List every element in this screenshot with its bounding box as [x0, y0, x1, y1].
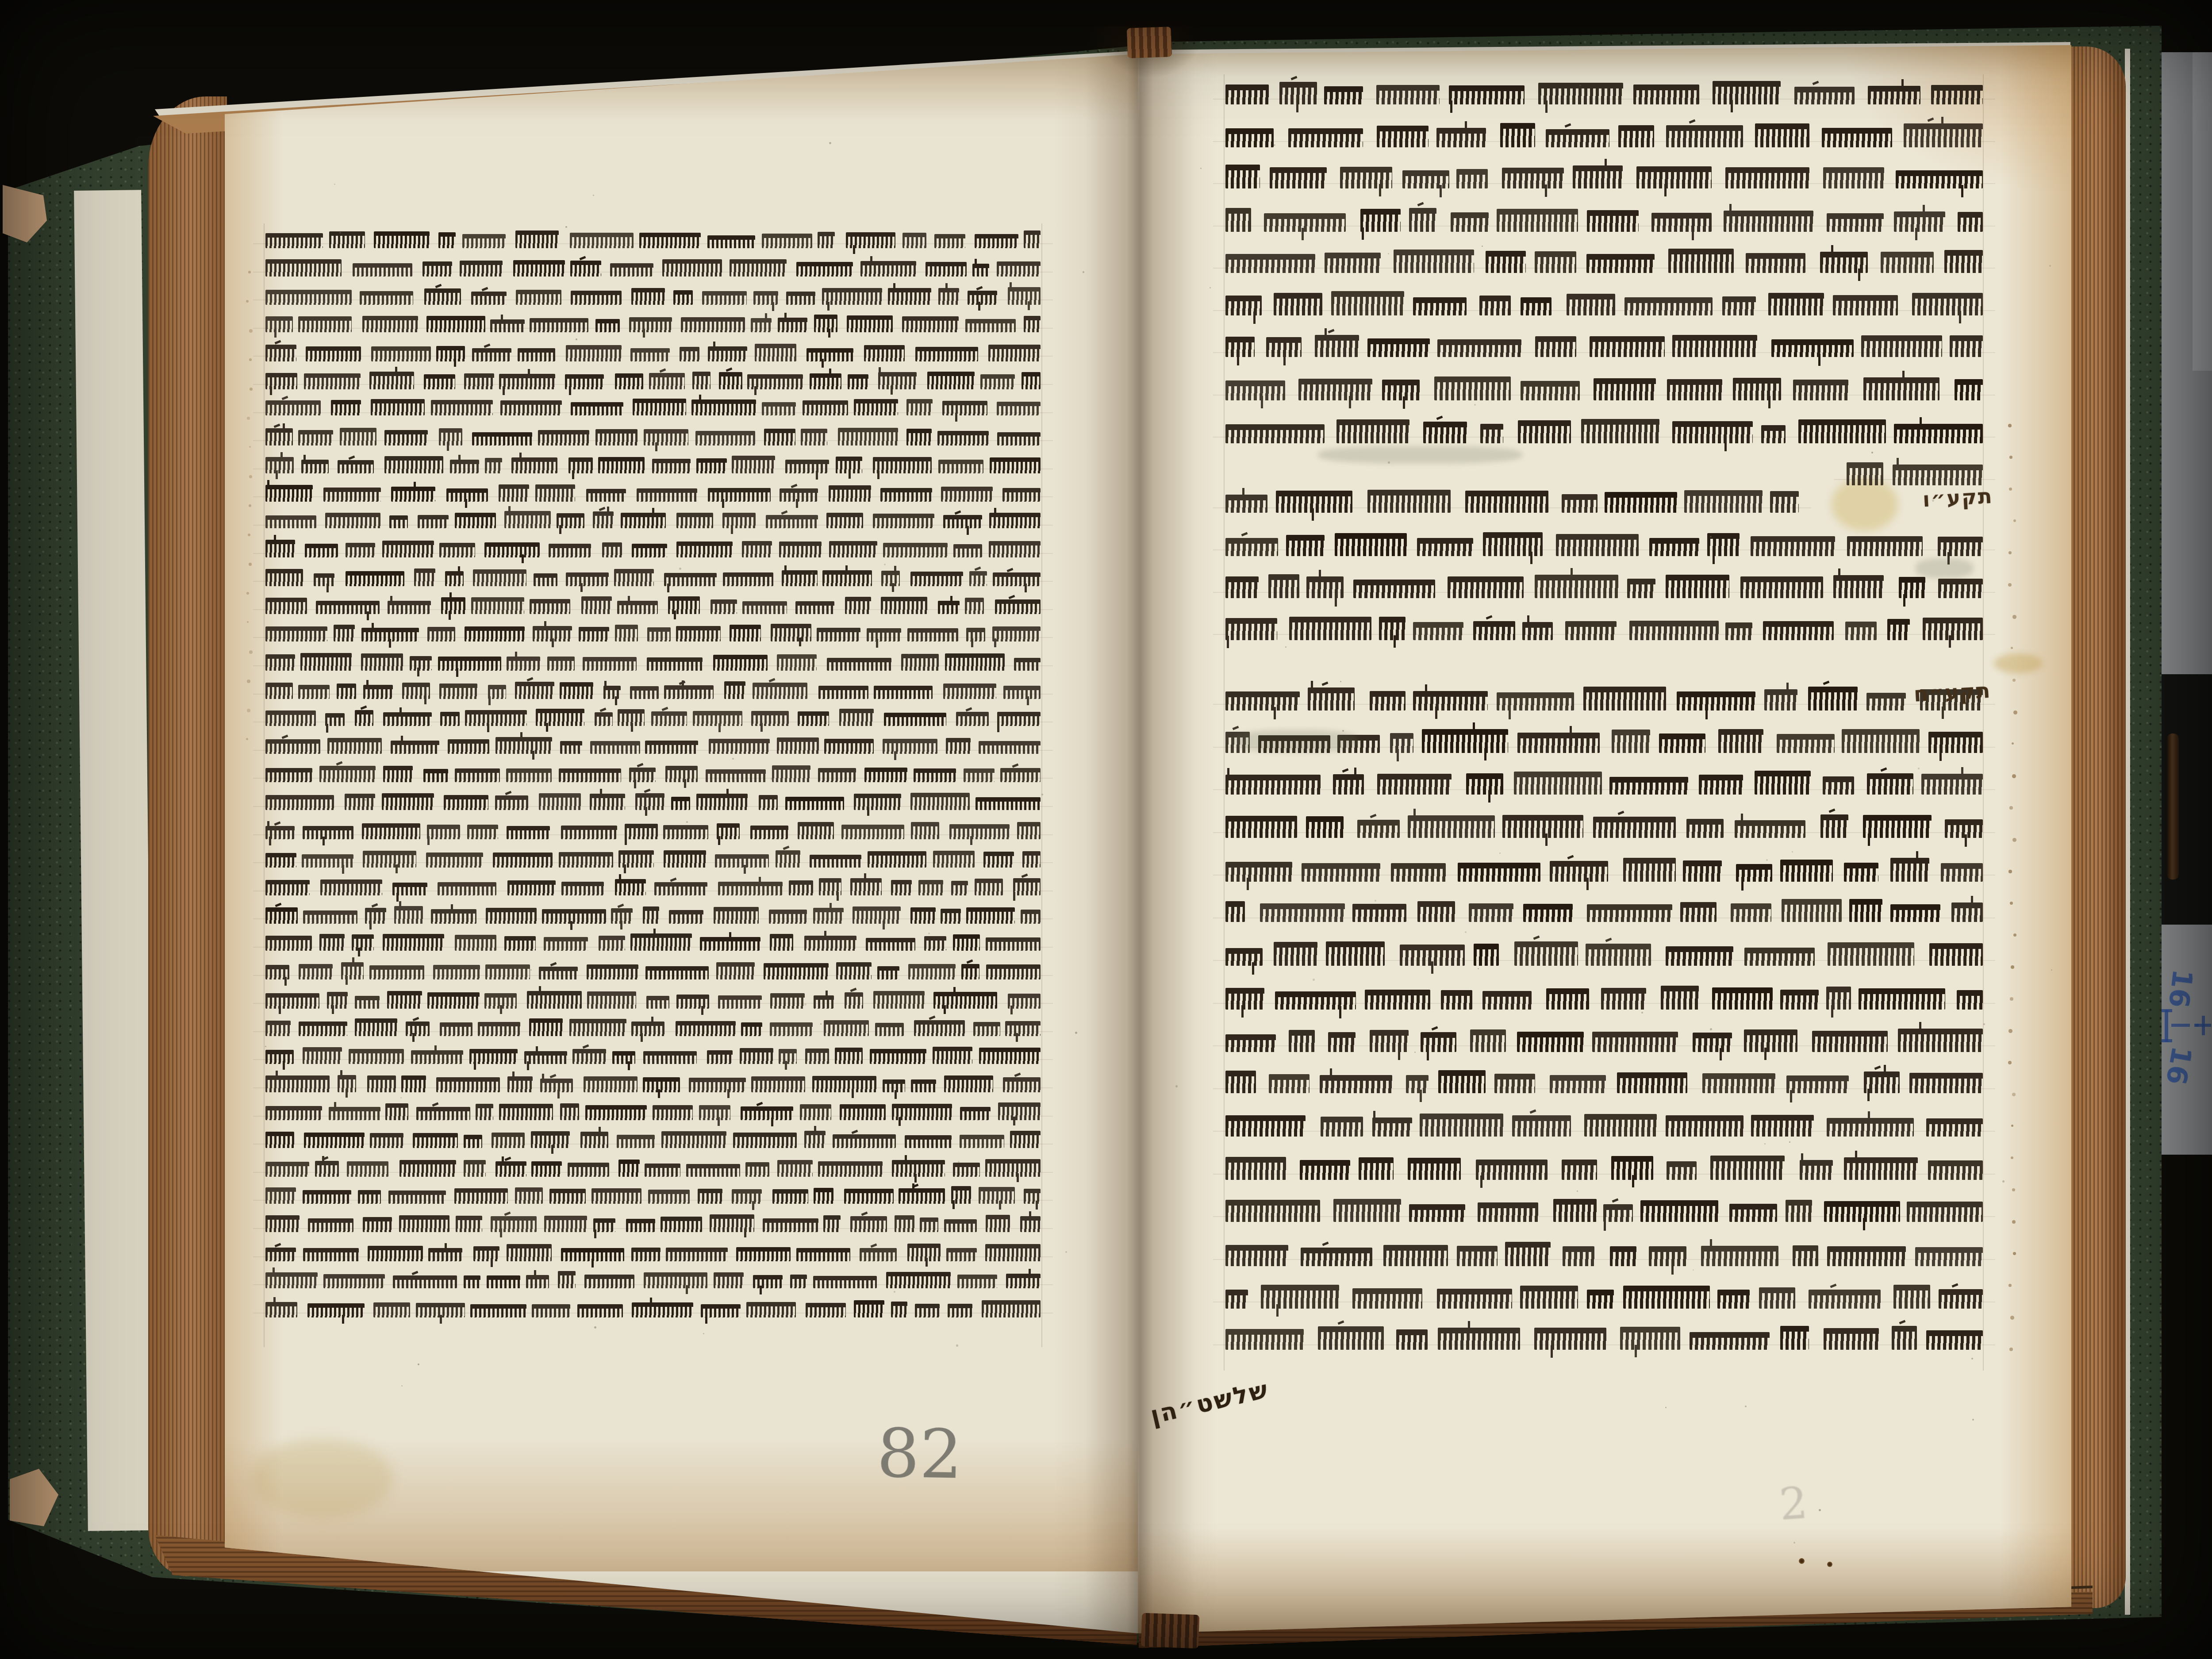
script-word	[854, 794, 901, 810]
script-word	[1289, 1030, 1315, 1052]
ascender-stroke	[864, 873, 866, 880]
script-word	[1894, 424, 1983, 443]
left-page-text-line	[265, 905, 1041, 922]
script-word	[1881, 252, 1934, 273]
script-word	[732, 456, 775, 473]
descender-stroke	[877, 470, 879, 479]
script-word	[1225, 576, 1259, 599]
parchment-speck	[529, 296, 531, 297]
gershayim-mark	[955, 510, 961, 515]
parchment-speck	[400, 1097, 402, 1098]
script-word	[470, 1304, 527, 1317]
script-word	[817, 628, 860, 641]
parchment-speck	[1340, 681, 1341, 682]
script-word	[1335, 533, 1407, 556]
right-paragraph1-tail-line	[1847, 461, 1983, 484]
ascender-stroke	[273, 1297, 276, 1304]
script-word	[532, 1304, 571, 1317]
descender-stroke	[744, 865, 746, 874]
script-word	[1904, 123, 1983, 147]
script-word	[1517, 1032, 1584, 1052]
ascender-stroke	[1605, 159, 1607, 168]
script-word	[689, 1078, 745, 1092]
gershayim-mark	[505, 791, 511, 795]
parchment-speck	[1745, 1406, 1747, 1407]
script-word	[822, 570, 872, 586]
script-word	[329, 231, 365, 248]
script-word	[374, 231, 430, 248]
script-word	[988, 345, 1041, 361]
script-word	[518, 348, 555, 361]
descender-stroke	[572, 470, 574, 479]
ascender-stroke	[458, 455, 461, 461]
left-page-text-line	[265, 483, 1041, 499]
left-page-text-line	[265, 286, 1041, 303]
script-word	[997, 402, 1041, 415]
gershayim-mark	[1533, 936, 1540, 940]
script-word	[814, 315, 838, 332]
descender-stroke	[634, 780, 636, 788]
script-word	[980, 374, 1015, 389]
script-word	[1896, 170, 1983, 189]
script-word	[361, 628, 419, 641]
ascender-stroke	[519, 453, 522, 459]
script-word	[1629, 621, 1718, 640]
script-word	[1417, 901, 1455, 922]
script-word	[1717, 1290, 1750, 1309]
ascender-stroke	[713, 342, 715, 348]
script-word	[571, 291, 622, 305]
script-word	[1457, 1246, 1498, 1266]
script-word	[530, 318, 588, 332]
script-word	[946, 1248, 977, 1261]
script-word	[424, 374, 455, 389]
script-word	[346, 543, 375, 557]
script-word	[265, 233, 323, 248]
script-word	[1820, 252, 1868, 273]
script-word	[1367, 490, 1451, 513]
script-word	[1352, 1288, 1422, 1309]
script-word	[718, 995, 761, 1008]
descender-stroke	[1261, 396, 1263, 408]
script-word	[373, 1302, 410, 1317]
script-word	[676, 626, 721, 641]
script-word	[533, 626, 572, 641]
script-word	[352, 934, 374, 951]
parchment-speck	[388, 1003, 390, 1005]
left-page-text-line	[265, 1130, 1041, 1147]
parchment-speck	[1239, 1120, 1241, 1121]
script-word	[526, 1275, 549, 1288]
gershayim-mark	[1564, 123, 1571, 127]
descender-stroke	[1509, 707, 1511, 719]
script-word	[307, 1303, 365, 1317]
script-word	[910, 572, 964, 586]
descender-stroke	[1227, 636, 1229, 648]
script-word	[810, 373, 842, 389]
descender-stroke	[1939, 749, 1942, 761]
descender-stroke	[274, 329, 276, 338]
script-word	[653, 1105, 693, 1120]
pencil-folio-number-left: 82	[876, 1414, 963, 1494]
gershayim-mark	[484, 343, 491, 348]
descender-stroke	[551, 1145, 553, 1154]
script-word	[320, 879, 382, 895]
ascender-stroke	[784, 313, 787, 319]
script-word	[1755, 123, 1809, 147]
parchment-speck	[649, 640, 651, 642]
script-word	[1893, 465, 1983, 486]
script-word	[469, 1049, 517, 1064]
script-word	[779, 541, 822, 557]
script-word	[1573, 165, 1623, 188]
pricking-dot	[2013, 1252, 2016, 1255]
descender-stroke	[1398, 1048, 1400, 1060]
script-word	[1735, 820, 1805, 838]
script-word	[1892, 1326, 1917, 1350]
gershayim-mark	[861, 1211, 868, 1216]
descender-stroke	[999, 1201, 1001, 1210]
script-word	[1473, 621, 1515, 640]
ascender-stroke	[445, 1243, 447, 1250]
script-word	[1225, 691, 1300, 711]
script-word	[1266, 337, 1302, 357]
script-word	[1383, 1245, 1448, 1266]
parchment-speck	[1414, 1052, 1416, 1053]
ascender-stroke	[458, 566, 460, 573]
script-word	[539, 793, 581, 810]
script-word	[707, 235, 755, 248]
pricking-dot	[2012, 1220, 2016, 1224]
script-word	[964, 768, 995, 782]
script-word	[1438, 1328, 1520, 1349]
script-word	[643, 1051, 697, 1064]
script-word	[1225, 1034, 1276, 1052]
script-word	[818, 686, 868, 699]
script-word	[362, 316, 418, 332]
script-word	[1535, 575, 1619, 598]
script-word	[1324, 86, 1363, 104]
script-word	[1377, 774, 1452, 795]
descender-stroke	[1435, 707, 1437, 719]
script-word	[1928, 732, 1983, 753]
gershayim-mark	[1529, 1110, 1536, 1114]
script-word	[1225, 208, 1251, 232]
right-paragraph1-line	[1225, 165, 1983, 188]
script-word	[860, 1248, 897, 1261]
script-word	[360, 291, 414, 305]
script-word	[460, 261, 503, 277]
parchment-speck	[1285, 646, 1286, 648]
script-word	[1683, 860, 1722, 882]
script-word	[1436, 128, 1486, 147]
ascender-stroke	[515, 652, 517, 658]
script-word	[1680, 902, 1717, 922]
ascender-stroke	[814, 1126, 816, 1133]
script-word	[338, 460, 374, 473]
script-word	[615, 879, 646, 895]
script-word	[899, 1188, 945, 1204]
descender-stroke	[722, 499, 724, 508]
script-word	[814, 1188, 833, 1204]
ascender-stroke	[829, 369, 831, 375]
ascender-stroke	[528, 369, 530, 376]
script-word	[818, 1161, 882, 1177]
script-word	[478, 1022, 520, 1036]
script-word	[438, 657, 501, 671]
script-word	[736, 1247, 791, 1261]
script-word	[695, 431, 756, 445]
script-word	[329, 1107, 380, 1120]
script-word	[985, 1244, 1041, 1261]
descender-stroke	[1013, 892, 1015, 901]
ascender-stroke	[870, 256, 872, 263]
parchment-speck	[541, 236, 543, 238]
script-word	[750, 826, 788, 839]
script-word	[448, 739, 490, 754]
script-word	[1469, 903, 1513, 922]
script-word	[1938, 537, 1983, 556]
ascender-stroke	[784, 565, 787, 572]
script-word	[707, 1050, 733, 1064]
script-word	[1423, 422, 1467, 443]
script-word	[1409, 208, 1437, 232]
script-word	[902, 316, 959, 332]
descender-stroke	[955, 413, 957, 422]
script-word	[427, 627, 455, 641]
script-word	[1808, 687, 1858, 710]
script-word	[1301, 1248, 1372, 1266]
pricking-dot	[2011, 965, 2014, 969]
script-word	[846, 232, 895, 248]
script-word	[331, 400, 361, 415]
script-word	[708, 346, 747, 361]
gershayim-mark	[432, 1102, 439, 1107]
script-word	[426, 316, 485, 332]
script-word	[785, 797, 844, 810]
ascender-stroke	[652, 508, 654, 515]
descender-stroke	[488, 696, 491, 705]
gershayim-mark	[275, 902, 282, 907]
script-word	[265, 739, 320, 754]
script-word	[906, 429, 932, 445]
script-word	[1535, 336, 1576, 357]
descender-stroke	[760, 723, 763, 732]
left-page-text-line	[265, 962, 1041, 978]
script-word	[355, 710, 373, 726]
script-word	[487, 1275, 520, 1288]
script-word	[779, 1049, 797, 1064]
script-word	[1907, 1202, 1983, 1222]
script-word	[1898, 1029, 1983, 1052]
gershayim-mark	[966, 707, 972, 712]
script-word	[1438, 1070, 1486, 1093]
script-word	[1225, 538, 1278, 556]
script-word	[439, 684, 477, 699]
descender-stroke	[417, 668, 419, 676]
script-word	[639, 233, 701, 248]
descender-stroke	[342, 1315, 344, 1324]
descender-stroke	[552, 638, 554, 647]
script-word	[1740, 576, 1823, 598]
script-word	[957, 1275, 997, 1289]
parchment-speck	[1065, 1251, 1067, 1253]
descender-stroke	[620, 921, 622, 929]
script-word	[969, 571, 987, 586]
script-word	[265, 485, 313, 501]
left-page-text-line	[265, 652, 1041, 668]
script-word	[370, 1133, 403, 1148]
script-word	[631, 1248, 661, 1261]
script-word	[886, 1272, 951, 1288]
left-page-text-line	[265, 399, 1041, 415]
gershayim-mark	[580, 256, 586, 261]
ascender-stroke	[1710, 1239, 1712, 1248]
script-word	[416, 1303, 465, 1318]
left-page-text-line	[265, 821, 1041, 837]
script-word	[666, 1248, 728, 1261]
script-word	[1546, 988, 1589, 1010]
script-word	[1225, 254, 1315, 273]
ascender-stroke	[502, 1156, 504, 1163]
script-word	[836, 962, 872, 979]
script-word	[1929, 943, 1983, 966]
parchment-speck	[732, 758, 734, 760]
gershayim-mark	[1617, 811, 1624, 815]
script-word	[992, 626, 1041, 641]
script-word	[1823, 167, 1884, 188]
script-word	[1514, 772, 1602, 795]
script-word	[1360, 209, 1401, 232]
script-word	[529, 1018, 563, 1036]
left-page-text-line	[265, 680, 1041, 697]
parchment-speck	[1388, 461, 1390, 464]
script-word	[1842, 729, 1920, 753]
descender-stroke	[1831, 1005, 1833, 1018]
descender-stroke	[760, 1286, 762, 1294]
parchment-speck	[1499, 853, 1501, 854]
script-word	[265, 1021, 290, 1036]
script-word	[647, 627, 671, 641]
script-word	[1331, 291, 1404, 315]
script-word	[614, 569, 654, 586]
script-word	[621, 513, 666, 528]
script-word	[1437, 339, 1521, 357]
parchment-speck	[804, 1003, 806, 1006]
script-word	[531, 1131, 570, 1148]
script-word	[706, 769, 766, 782]
script-word	[945, 653, 1005, 671]
script-word	[895, 1215, 914, 1232]
descender-stroke	[1764, 1048, 1767, 1060]
script-word	[1861, 335, 1942, 357]
script-word	[741, 1106, 793, 1120]
script-word	[778, 318, 807, 332]
gershayim-mark	[1612, 1198, 1619, 1203]
script-word	[568, 1163, 610, 1177]
script-word	[493, 853, 553, 868]
script-word	[906, 399, 933, 415]
script-word	[1275, 991, 1356, 1010]
pricking-dot	[2008, 583, 2012, 587]
pricking-dot	[247, 417, 250, 420]
script-word	[488, 685, 506, 699]
script-word	[835, 1048, 863, 1064]
parchment-speck	[1971, 1358, 1973, 1359]
script-word	[384, 456, 443, 473]
parchment-speck	[1918, 768, 1920, 769]
script-word	[406, 1022, 430, 1036]
script-word	[583, 657, 637, 671]
script-word	[770, 934, 793, 951]
script-word	[985, 1159, 1041, 1177]
ascender-stroke	[1570, 726, 1572, 735]
script-word	[1008, 287, 1041, 305]
script-word	[388, 601, 431, 614]
descender-stroke	[1720, 1048, 1722, 1060]
script-word	[983, 852, 1014, 868]
gershayim-mark	[582, 1045, 589, 1049]
script-word	[1020, 1216, 1041, 1232]
parchment-speck	[894, 1291, 895, 1293]
script-word	[629, 317, 672, 332]
script-word	[770, 993, 805, 1009]
script-word	[646, 996, 669, 1009]
script-word	[1308, 687, 1354, 710]
descender-stroke	[1302, 228, 1304, 240]
descender-stroke	[454, 358, 456, 367]
script-word	[265, 1106, 322, 1120]
script-word	[915, 347, 978, 361]
script-word	[1306, 576, 1344, 599]
descender-stroke	[967, 526, 969, 535]
script-word	[618, 1160, 640, 1177]
script-word	[741, 1022, 762, 1036]
script-word	[944, 1219, 976, 1232]
script-word	[637, 488, 697, 501]
parchment-speck	[1041, 794, 1043, 795]
script-word	[973, 1022, 1000, 1036]
right-paragraph3-line	[1225, 686, 1983, 708]
script-word	[591, 1188, 641, 1204]
left-page-text-line	[265, 540, 1041, 556]
ascender-stroke	[401, 736, 403, 742]
script-word	[500, 400, 561, 415]
script-word	[786, 292, 815, 305]
script-word	[464, 373, 494, 389]
script-word	[1451, 212, 1489, 232]
script-word	[881, 597, 928, 614]
descender-stroke	[1431, 961, 1433, 974]
ascender-stroke	[334, 1102, 336, 1109]
script-word	[975, 234, 1018, 248]
script-word	[850, 878, 882, 895]
gershayim-mark	[1899, 1320, 1905, 1325]
gershayim-mark	[756, 1102, 763, 1106]
script-word	[570, 261, 601, 276]
script-word	[1382, 380, 1420, 400]
script-word	[997, 432, 1041, 445]
descender-stroke	[944, 1005, 946, 1014]
script-word	[1002, 488, 1041, 502]
parchment-speck	[1710, 1028, 1712, 1030]
gershayim-mark	[637, 763, 643, 767]
script-word	[1636, 166, 1712, 188]
script-word	[1013, 878, 1041, 895]
script-word	[1866, 693, 1906, 711]
script-word	[766, 515, 818, 529]
descender-stroke	[883, 921, 885, 929]
